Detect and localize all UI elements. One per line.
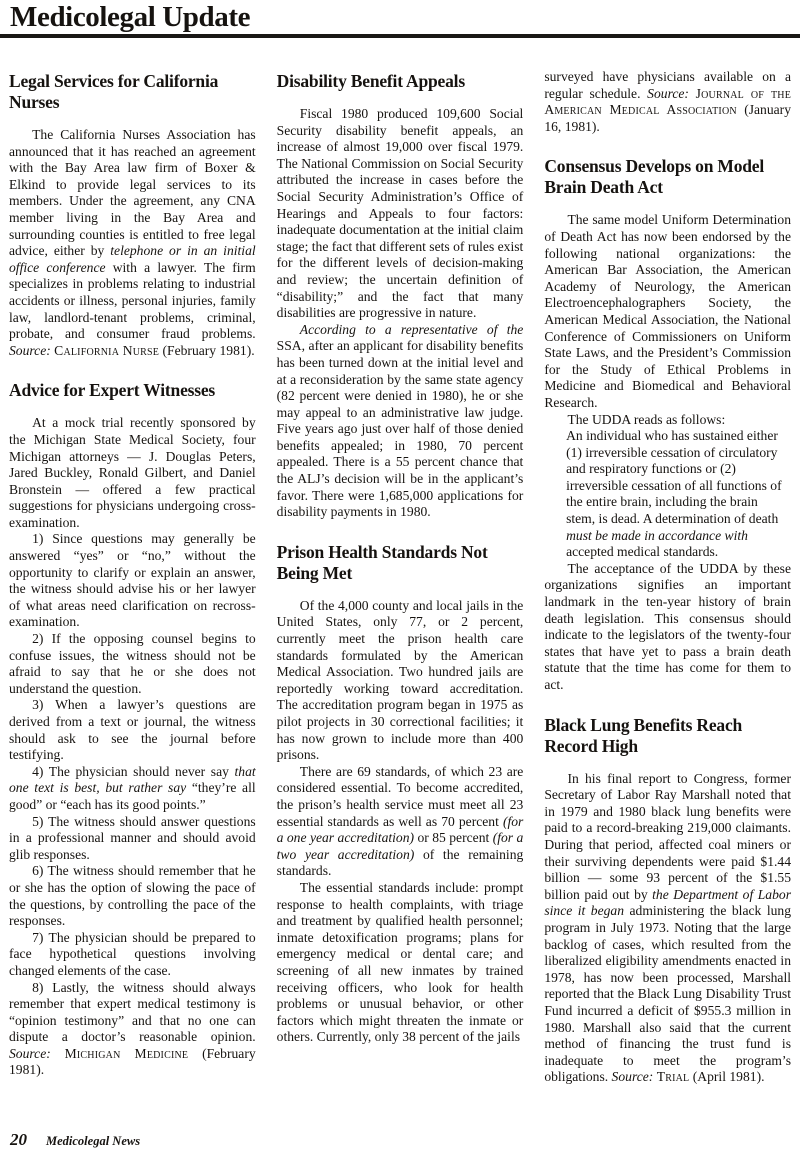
body-text: (April 1981).	[689, 1069, 764, 1084]
italic-text: Source:	[9, 343, 54, 358]
smallcaps-text: Trial	[657, 1069, 690, 1084]
article-paragraph: 2) If the opposing counsel begins to con…	[9, 631, 256, 697]
body-text: 1) Since questions may generally be answ…	[9, 531, 256, 629]
body-text: The acceptance of the UDDA by these orga…	[544, 561, 791, 692]
body-text: 5) The witness should answer questions i…	[9, 814, 256, 862]
article-paragraph: 6) The witness should remember that he o…	[9, 863, 256, 929]
article-paragraph: surveyed have physicians available on a …	[544, 69, 791, 135]
masthead: Medicolegal Update	[0, 0, 800, 33]
page-number: 20	[10, 1130, 27, 1149]
article-paragraph: According to a representative of the SSA…	[277, 322, 524, 521]
article-paragraph: There are 69 standards, of which 23 are …	[277, 764, 524, 880]
body-text: The UDDA reads as follows:	[567, 412, 725, 427]
body-text: 4) The physician should never say	[32, 764, 234, 779]
body-text: The same model Uniform Determination of …	[544, 212, 791, 410]
body-text: accepted medical standards.	[566, 544, 718, 559]
smallcaps-text: Michigan Medicine	[65, 1046, 189, 1061]
article-heading: Legal Services for California Nurses	[9, 71, 256, 113]
body-text: The essential standards include: prompt …	[277, 880, 524, 1044]
article-paragraph: The California Nurses Association has an…	[9, 127, 256, 359]
article-paragraph: 3) When a lawyer’s questions are derived…	[9, 697, 256, 763]
smallcaps-text: California Nurse	[54, 343, 159, 358]
body-text: SSA, after an applicant for disability b…	[277, 338, 524, 519]
body-text: (February 1981).	[159, 343, 255, 358]
article-paragraph: The essential standards include: prompt …	[277, 880, 524, 1046]
article-paragraph: The same model Uniform Determination of …	[544, 212, 791, 411]
italic-text: According to a representative of the	[300, 322, 524, 337]
italic-text: Source:	[647, 86, 695, 101]
article-paragraph: 5) The witness should answer questions i…	[9, 814, 256, 864]
article-paragraph: Fiscal 1980 produced 109,600 Social Secu…	[277, 106, 524, 322]
italic-text: Source:	[612, 1069, 657, 1084]
body-text: Of the 4,000 county and local jails in t…	[277, 598, 524, 762]
body-text: There are 69 standards, of which 23 are …	[277, 764, 524, 829]
body-text: In his final report to Congress, former …	[544, 771, 791, 902]
article-paragraph: The UDDA reads as follows:	[544, 412, 791, 429]
article-paragraph: 7) The physician should be prepared to f…	[9, 930, 256, 980]
column-left: Legal Services for California NursesThe …	[9, 69, 256, 1086]
italic-text: must be made in accordance with	[566, 528, 748, 543]
article-paragraph: 8) Lastly, the witness should always rem…	[9, 980, 256, 1080]
body-text: The California Nurses Association has an…	[9, 127, 256, 258]
publication-name: Medicolegal News	[46, 1134, 140, 1148]
article-paragraph: Of the 4,000 county and local jails in t…	[277, 598, 524, 764]
body-text: An individual who has sustained either (…	[566, 428, 782, 526]
italic-text: Source:	[9, 1046, 65, 1061]
article-paragraph: 4) The physician should never say that o…	[9, 764, 256, 814]
body-text: 7) The physician should be prepared to f…	[9, 930, 256, 978]
page-title: Medicolegal Update	[10, 1, 790, 33]
page-footer: 20 Medicolegal News	[10, 1130, 140, 1150]
body-text: or 85 percent	[414, 830, 493, 845]
article-paragraph: 1) Since questions may generally be answ…	[9, 531, 256, 631]
body-text: At a mock trial recently sponsored by th…	[9, 415, 256, 530]
body-text: 3) When a lawyer’s questions are derived…	[9, 697, 256, 762]
body-text: 6) The witness should remember that he o…	[9, 863, 256, 928]
article-paragraph: At a mock trial recently sponsored by th…	[9, 415, 256, 531]
newsletter-page: Medicolegal Update Legal Services for Ca…	[0, 0, 800, 1165]
body-text: 2) If the opposing counsel begins to con…	[9, 631, 256, 696]
body-text: 8) Lastly, the witness should always rem…	[9, 980, 256, 1045]
column-middle: Disability Benefit AppealsFiscal 1980 pr…	[277, 69, 524, 1086]
article-paragraph: The acceptance of the UDDA by these orga…	[544, 561, 791, 694]
blockquote-paragraph: An individual who has sustained either (…	[566, 428, 789, 561]
article-heading: Consensus Develops on Model Brain Death …	[544, 156, 791, 198]
article-heading: Disability Benefit Appeals	[277, 71, 524, 92]
article-paragraph: In his final report to Congress, former …	[544, 771, 791, 1086]
article-heading: Prison Health Standards Not Being Met	[277, 542, 524, 584]
body-text: Fiscal 1980 produced 109,600 Social Secu…	[277, 106, 524, 320]
body-text: administering the black lung program in …	[544, 903, 791, 1084]
article-heading: Advice for Expert Witnesses	[9, 380, 256, 401]
article-heading: Black Lung Benefits Reach Record High	[544, 715, 791, 757]
article-columns: Legal Services for California NursesThe …	[0, 38, 800, 1086]
column-right: surveyed have physicians available on a …	[544, 69, 791, 1086]
